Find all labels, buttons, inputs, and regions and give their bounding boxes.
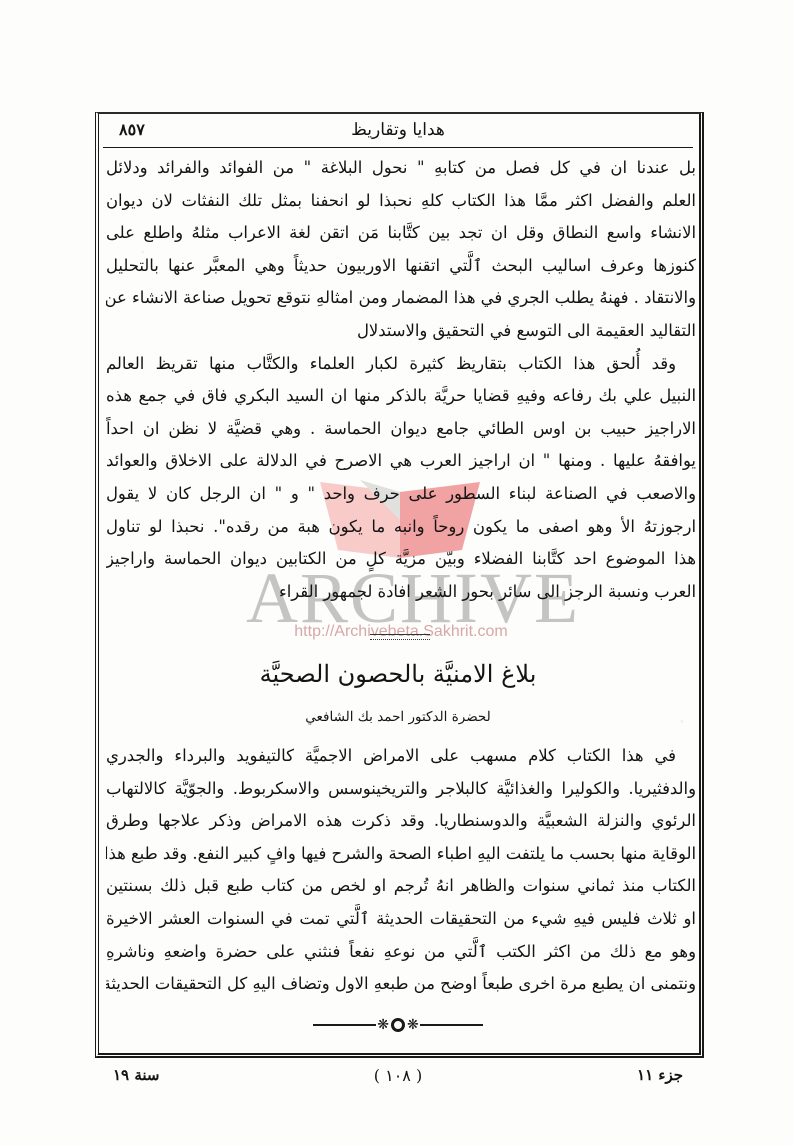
text-line: ونتمنى ان يطبع مرة اخرى طبعاً اوضح من طب…: [106, 968, 696, 1001]
divider-rule: [420, 1024, 483, 1026]
volume-year: سنة ١٩: [113, 1066, 159, 1084]
asterisk-glyph-icon: ❋: [377, 1018, 389, 1032]
article-author: لحضرة الدكتور احمد بك الشافعي: [103, 709, 693, 725]
text-line: والانتقاد . فهنهُ يطلب الجري في هذا المض…: [106, 282, 696, 315]
text-line: الرئوي والنزلة الشعبيَّة والدوسنطاريا. و…: [106, 805, 696, 838]
wavy-rule-icon: [370, 634, 430, 640]
page-footer: جزء ١١ ( ١٠٨ ) سنة ١٩: [103, 1066, 693, 1092]
text-line: في هذا الكتاب كلام مسهب على الامراض الاج…: [106, 740, 696, 773]
text-line: وقد أُلحق هذا الكتاب بتقاريظ كثيرة لكبار…: [106, 348, 696, 381]
text-line: بل عندنا ان في كل فصل من كتابهِ " نحول ا…: [106, 152, 696, 185]
text-line: هذا الموضوع احد كتَّابنا الفضلاء وبيّن م…: [106, 543, 696, 576]
text-line: ارجوزتهُ الأ وهو اصفى ما يكون روحاً وانب…: [106, 511, 696, 544]
text-line: كنوزها وعرف اساليب البحث ٱلَّتي اتقنها ا…: [106, 250, 696, 283]
divider-rule: [313, 1024, 376, 1026]
running-head: هدايا وتقاريظ ٨٥٧: [103, 114, 693, 148]
text-line: العرب ونسبة الرجز الى سائر بحور الشعر اف…: [106, 576, 696, 609]
text-line: التقاليد العقيمة الى التوسع في التحقيق و…: [106, 315, 696, 348]
running-head-title: هدايا وتقاريظ: [103, 120, 693, 140]
text-line: الكتاب منذ ثماني سنوات والظاهر انهُ تُرج…: [106, 870, 696, 903]
text-line: النبيل علي بك رفاعه وفيهِ قضايا حريَّة ب…: [106, 380, 696, 413]
text-line: والاصعب في الصناعة لبناء السطور على حرف …: [106, 478, 696, 511]
text-line: يوافقهُ عليها . ومنها " ان اراجيز العرب …: [106, 445, 696, 478]
text-line: والدفثيريا. والكوليرا والغذائيَّة كالبلا…: [106, 773, 696, 806]
folio-number: ( ١٠٨ ): [103, 1066, 693, 1085]
ring-glyph-icon: [391, 1018, 405, 1032]
article-title: بلاغ الامنيَّة بالحصون الصحيَّة: [103, 660, 693, 688]
text-line: الاراجيز حبيب بن اوس الطائي جامع ديوان ا…: [106, 413, 696, 446]
page-number: ٨٥٧: [119, 120, 145, 139]
article-body: في هذا الكتاب كلام مسهب على الامراض الاج…: [106, 740, 696, 1001]
text-line: الوقاية منها بحسب ما يلتفت اليهِ اطباء ا…: [106, 838, 696, 871]
fleuron-divider-icon: ❋ ❋: [313, 1015, 483, 1035]
text-line: العلم والفضل اكثر ممَّا هذا الكتاب كلهِ …: [106, 185, 696, 218]
text-line: او ثلاث فليس فيهِ شيء من التحقيقات الحدي…: [106, 903, 696, 936]
section1-body: بل عندنا ان في كل فصل من كتابهِ " نحول ا…: [106, 152, 696, 608]
asterisk-glyph-icon: ❋: [407, 1018, 419, 1032]
text-line: وهو مع ذلك من اكثر الكتب ٱلَّتي من نوعهِ…: [106, 936, 696, 969]
text-line: الانشاء واسع النطاق وقل ان تجد بين كتَّا…: [106, 217, 696, 250]
